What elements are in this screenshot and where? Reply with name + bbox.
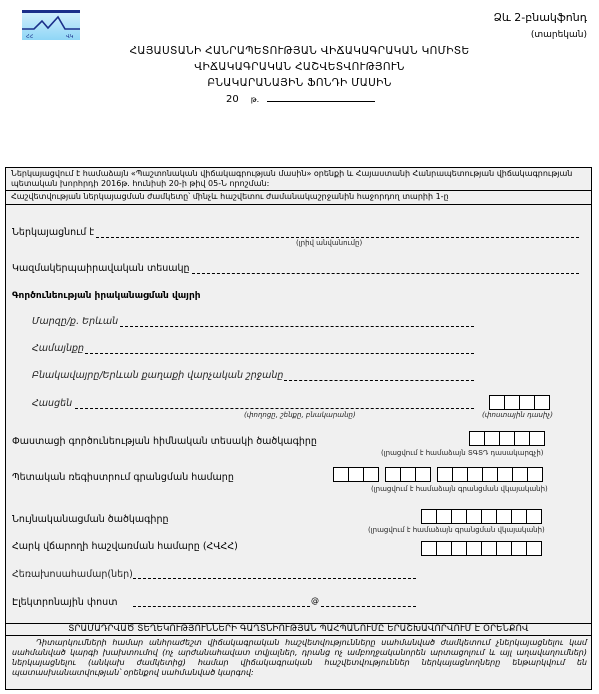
digit-box[interactable]	[451, 509, 467, 524]
digit-box[interactable]	[527, 467, 543, 482]
activity-code-boxes[interactable]	[469, 431, 545, 446]
deadline: Հաշվետվության ներկայացման ժամկետը՝ մինչև…	[5, 190, 592, 205]
submitted-by-note: (լրիվ անվանումը)	[296, 239, 362, 247]
address-note: (փողոցը, շենքը, բնակարանը)	[244, 411, 356, 419]
digit-box[interactable]	[385, 467, 401, 482]
digit-box[interactable]	[497, 467, 513, 482]
form-code: Ձև 2-բնակֆոնդ	[493, 11, 587, 24]
postal-note: (փոստային դասիչ)	[482, 411, 553, 419]
form-period: (տարեկան)	[531, 30, 587, 40]
digit-box[interactable]	[482, 467, 498, 482]
activity-place-heading: Գործունեության իրականացման վայրի	[12, 291, 201, 301]
state-reg-boxes[interactable]	[333, 467, 543, 482]
email-label: Էլեկտրոնային փոստ	[12, 597, 117, 608]
digit-box[interactable]	[484, 431, 500, 446]
digit-box[interactable]	[415, 467, 431, 482]
address-field[interactable]	[75, 408, 474, 409]
logo-left-text: ՀՀ	[26, 34, 34, 40]
digit-box[interactable]	[511, 541, 527, 556]
date-suffix: թ.	[251, 95, 259, 104]
state-reg-group-3[interactable]	[437, 467, 543, 482]
region-label: Մարզը/ք. Երևան	[32, 316, 118, 327]
title-line-3: ԲՆԱԿԱՐԱՆԱՅԻՆ ՖՈՆԴԻ ՄԱՍԻՆ	[0, 77, 599, 89]
email-domain-field[interactable]	[321, 606, 416, 607]
settlement-label: Բնակավայրը/Երևան քաղաքի վարչական շրջանը	[32, 370, 283, 381]
digit-box[interactable]	[333, 467, 349, 482]
phone-label: Հեռախոսահամար(ներ)	[12, 569, 133, 580]
armstat-logo: ՀՀ ՎԿ	[22, 10, 80, 40]
digit-box[interactable]	[496, 541, 512, 556]
id-code-note: (լրացվում է համաձայն գրանցման վկայականի)	[368, 526, 545, 534]
digit-box[interactable]	[466, 509, 482, 524]
postal-code-boxes[interactable]	[489, 395, 550, 410]
liability-notice: Դիտարկումների համար անհրաժեշտ վիճակագրակ…	[12, 638, 587, 678]
digit-box[interactable]	[481, 541, 497, 556]
activity-code-label: Փաստացի գործունեության հիմնական տեսակի ծ…	[12, 436, 317, 447]
community-label: Համայնքը	[32, 343, 84, 354]
digit-box[interactable]	[512, 467, 528, 482]
email-at-sign: @	[311, 596, 319, 605]
activity-code-note: (լրացվում է համաձայն ՏԳՏԴ դասակարգչի)	[381, 449, 544, 457]
settlement-field[interactable]	[284, 380, 474, 381]
digit-box[interactable]	[348, 467, 364, 482]
date-year-prefix: 20	[226, 94, 239, 105]
digit-box[interactable]	[499, 431, 515, 446]
state-reg-label: Պետական ռեգիստրում գրանցման համարը	[12, 472, 234, 483]
digit-box[interactable]	[496, 509, 512, 524]
title-line-2: ՎԻՃԱԿԱԳՐԱԿԱՆ ՀԱՇՎԵՏՎՈՒԹՅՈՒՆ	[0, 61, 599, 73]
digit-box[interactable]	[451, 541, 467, 556]
digit-box[interactable]	[421, 541, 437, 556]
digit-box[interactable]	[534, 395, 550, 410]
id-code-boxes[interactable]	[421, 509, 542, 524]
digit-box[interactable]	[514, 431, 530, 446]
digit-box[interactable]	[519, 395, 535, 410]
address-label: Հասցեն	[32, 398, 72, 409]
digit-box[interactable]	[526, 541, 542, 556]
logo-right-text: ՎԿ	[66, 34, 74, 40]
digit-box[interactable]	[436, 541, 452, 556]
digit-box[interactable]	[529, 431, 545, 446]
digit-box[interactable]	[363, 467, 379, 482]
legal-basis: Ներկայացվում է համաձայն «Պաշտոնական վիճա…	[5, 167, 592, 190]
date-field[interactable]	[267, 101, 375, 102]
confidentiality-title: ՏՐԱՄԱԴՐՎԱԾ ՏԵՂԵԿՈՒԹՅՈՒՆՆԵՐԻ ԳԱՂՏՆԻՈՒԹՅԱՆ…	[5, 623, 592, 636]
digit-box[interactable]	[469, 431, 485, 446]
digit-box[interactable]	[489, 395, 505, 410]
legal-form-field[interactable]	[192, 273, 579, 274]
title-line-1: ՀԱՅԱՍՏԱՆԻ ՀԱՆՐԱՊԵՏՈՒԹՅԱՆ ՎԻՃԱԿԱԳՐԱԿԱՆ ԿՈ…	[0, 45, 599, 57]
community-field[interactable]	[85, 353, 474, 354]
state-reg-note: (լրացվում է համաձայն գրանցման վկայականի)	[371, 485, 548, 493]
legal-form-label: Կազմակերպաիրավական տեսակը	[12, 263, 190, 274]
state-reg-group-1[interactable]	[333, 467, 379, 482]
digit-box[interactable]	[504, 395, 520, 410]
digit-box[interactable]	[466, 541, 482, 556]
submitted-by-field[interactable]	[96, 237, 579, 238]
digit-box[interactable]	[400, 467, 416, 482]
digit-box[interactable]	[437, 467, 453, 482]
digit-box[interactable]	[481, 509, 497, 524]
digit-box[interactable]	[452, 467, 468, 482]
digit-box[interactable]	[467, 467, 483, 482]
email-user-field[interactable]	[133, 606, 310, 607]
state-reg-group-2[interactable]	[385, 467, 431, 482]
region-field[interactable]	[120, 326, 474, 327]
tin-boxes[interactable]	[421, 541, 542, 556]
report-date: 20թ.	[226, 94, 375, 105]
phone-field[interactable]	[133, 578, 416, 579]
digit-box[interactable]	[421, 509, 437, 524]
digit-box[interactable]	[511, 509, 527, 524]
id-code-label: Նույնականացման ծածկագիրը	[12, 514, 168, 525]
digit-box[interactable]	[526, 509, 542, 524]
digit-box[interactable]	[436, 509, 452, 524]
submitted-by-label: Ներկայացնում է	[12, 227, 94, 238]
tin-label: Հարկ վճարողի հաշվառման համարը (ՀՎՀՀ)	[12, 541, 238, 552]
